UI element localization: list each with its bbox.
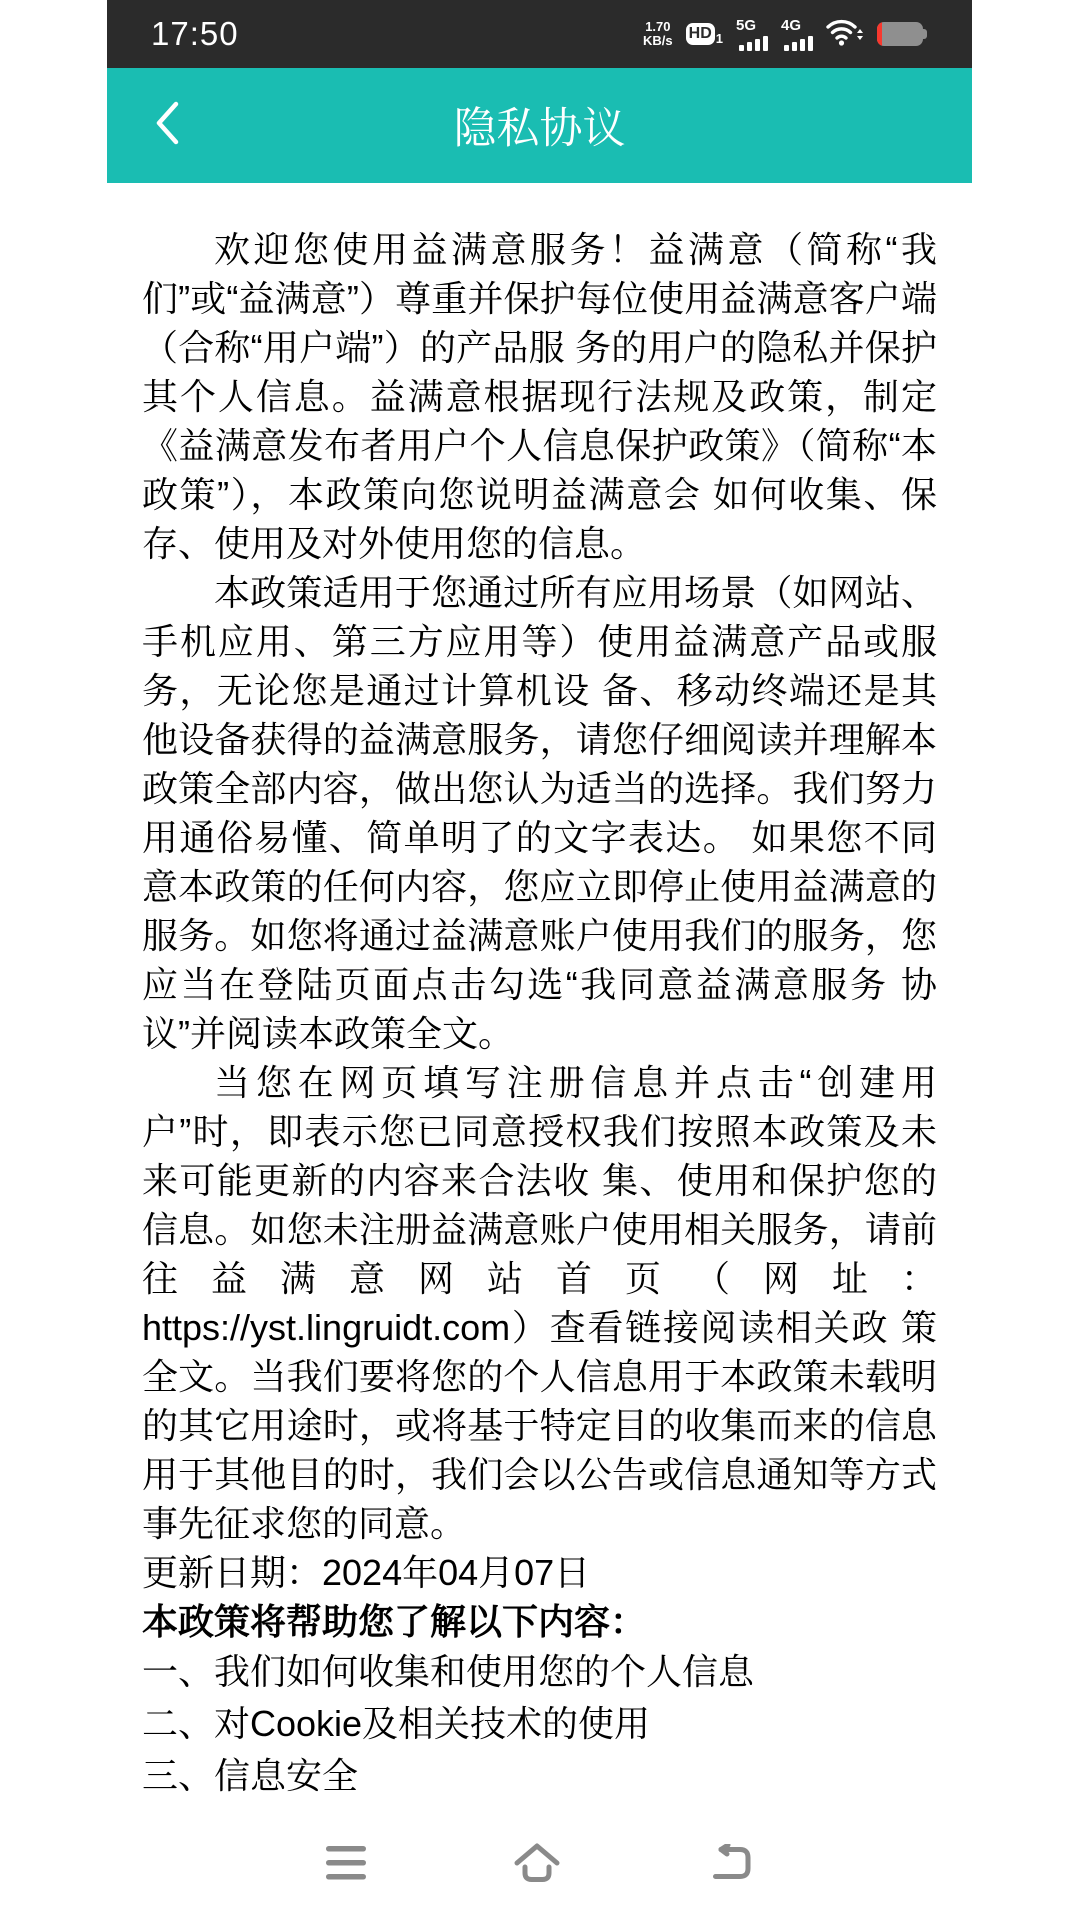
outline-item: 一、我们如何收集和使用您的个人信息 [142, 1646, 937, 1698]
network-speed: 1.70 KB/s [643, 20, 673, 48]
chevron-left-icon [154, 100, 180, 151]
clock: 17:50 [151, 15, 239, 53]
signal-4g-icon: 4G [781, 18, 813, 51]
page-header: 隐私协议 [107, 68, 972, 183]
wifi-icon [826, 18, 864, 51]
outline-item: 三、信息安全 [142, 1750, 937, 1802]
signal-bars-icon [784, 36, 813, 51]
hamburger-menu-icon [326, 1846, 366, 1885]
outline-list: 一、我们如何收集和使用您的个人信息 二、对Cookie及相关技术的使用 三、信息… [142, 1646, 937, 1802]
status-bar: 17:50 1.70 KB/s HD 1 5G 4G [107, 0, 972, 68]
home-icon [513, 1842, 561, 1889]
policy-paragraph: 本政策适用于您通过所有应用场景（如网站、手机应用、第三方应用等）使用益满意产品或… [142, 568, 937, 1058]
page-title: 隐私协议 [454, 95, 626, 156]
hd-voice-icon: HD 1 [686, 23, 723, 45]
policy-paragraph: 当您在网页填写注册信息并点击“创建用户”时，即表示您已同意授权我们按照本政策及未… [142, 1058, 937, 1548]
signal-4g-label: 4G [781, 18, 801, 33]
outline-item: 二、对Cookie及相关技术的使用 [142, 1698, 937, 1750]
signal-5g-label: 5G [736, 18, 756, 33]
outline-heading: 本政策将帮助您了解以下内容： [142, 1597, 937, 1646]
recent-apps-button[interactable] [326, 1846, 366, 1885]
hd-sim-index: 1 [716, 31, 723, 46]
network-speed-value: 1.70 [645, 20, 670, 34]
network-speed-unit: KB/s [643, 34, 673, 48]
policy-scroll-area[interactable]: 欢迎您使用益满意服务！益满意（简称“我们”或“益满意”）尊重并保护每位使用益满意… [107, 183, 972, 1802]
policy-paragraph: 欢迎您使用益满意服务！益满意（简称“我们”或“益满意”）尊重并保护每位使用益满意… [142, 225, 937, 568]
back-button[interactable] [137, 68, 197, 183]
signal-bars-icon [739, 36, 768, 51]
back-arrow-icon [708, 1844, 754, 1887]
hd-badge: HD [686, 23, 715, 45]
battery-low-icon [877, 22, 927, 46]
status-bar-right: 1.70 KB/s HD 1 5G 4G [643, 18, 927, 51]
home-button[interactable] [513, 1842, 561, 1889]
update-date: 更新日期：2024年04月07日 [142, 1548, 937, 1597]
app-screen: 17:50 1.70 KB/s HD 1 5G 4G [107, 0, 972, 1802]
back-nav-button[interactable] [708, 1844, 754, 1887]
signal-5g-icon: 5G [736, 18, 768, 51]
system-navbar [0, 1842, 1080, 1889]
